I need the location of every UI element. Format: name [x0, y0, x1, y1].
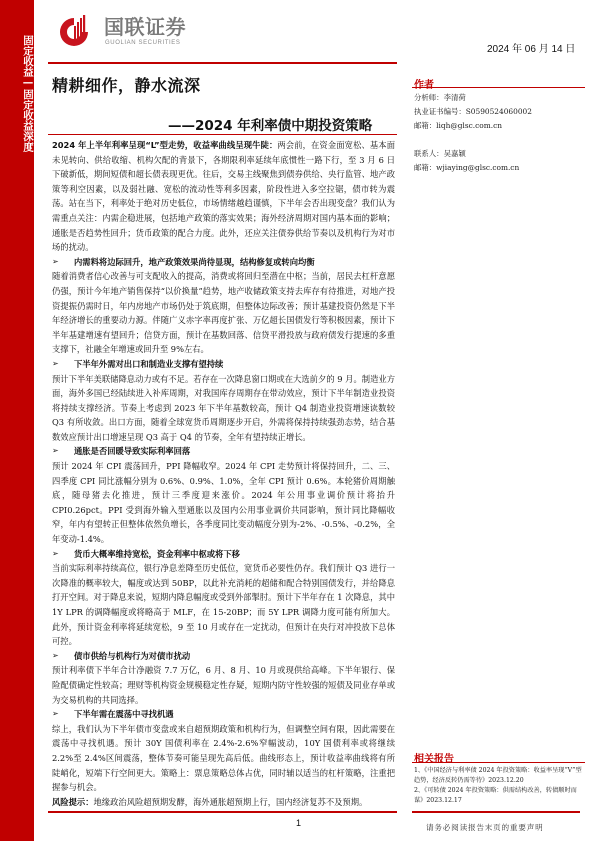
section-text: 随着消费者信心改善与可支配收入的提高，消费或将回归至潜在中枢；当前，居民去杠杆意…: [52, 269, 395, 357]
section-heading: ➢ 下半年需在震荡中寻找机遇: [52, 707, 395, 722]
right-footer-divider: [412, 811, 580, 813]
title-divider: [48, 134, 397, 135]
risk-text: 地缘政治风险超预期发酵，海外通胀超预期上行，国内经济复苏不及预期。: [94, 797, 368, 807]
risk-warning: 风险提示：地缘政治风险超预期发酵，海外通胀超预期上行，国内经济复苏不及预期。: [52, 795, 395, 810]
related-report-item[interactable]: 2、《可转债 2024 年投资策略：供需结构改善，转债顺时而谋》2023.12.…: [414, 786, 584, 806]
section-heading: ➢ 下半年外需对出口和制造业支撑有望持续: [52, 357, 395, 372]
report-subtitle: ——2024 年利率债中期投资策略: [168, 114, 372, 134]
arrow-bullet-icon: ➢: [52, 707, 74, 722]
guolian-logo-icon: [56, 14, 92, 50]
arrow-bullet-icon: ➢: [52, 357, 74, 372]
footer-divider: [48, 811, 397, 813]
section-heading: ➢ 通胀是否回暖导致实际利率回落: [52, 444, 395, 459]
intro-text: 两会前，在资金面宽松、基本面未见转向、供给收缩、机构欠配的背景下，各期限利率延续…: [52, 140, 395, 252]
logo-name-cn: 国联证券: [104, 15, 186, 39]
analyst-name: 分析师：李清荷: [414, 92, 466, 103]
page-number: 1: [296, 818, 301, 828]
related-divider: [412, 762, 585, 763]
intro-lead: 2024 年上半年利率呈现“L”型走势，收益率曲线呈现牛陡：: [52, 140, 277, 150]
license-number: 执业证书编号：S0590524060002: [414, 106, 532, 117]
intro-paragraph: 2024 年上半年利率呈现“L”型走势，收益率曲线呈现牛陡：两会前，在资金面宽松…: [52, 138, 395, 255]
section-text: 预计 2024 年 CPI 震荡回升，PPI 降幅收窄。2024 年 CPI 走…: [52, 459, 395, 547]
report-title: 精耕细作，静水流深: [52, 73, 201, 96]
contact-name: 联系人：吴嘉颖: [414, 148, 466, 159]
author-heading: 作者: [414, 76, 434, 91]
related-reports-list: 1、《中国经济与利率债 2024 年投资策略：收益率呈现“V”型趋势，经济反转仍…: [414, 766, 584, 806]
section-heading: ➢ 内需料将边际回升，地产政策效果尚待显现，结构修复或转向均衡: [52, 255, 395, 270]
section-text: 综上，我们认为下半年债市变盘或来自超预期政策和机构行为，但调整空间有限，因此需要…: [52, 722, 395, 795]
section-heading: ➢ 债市供给与机构行为对债市扰动: [52, 649, 395, 664]
report-body: 2024 年上半年利率呈现“L”型走势，收益率曲线呈现牛陡：两会前，在资金面宽松…: [52, 138, 395, 809]
arrow-bullet-icon: ➢: [52, 649, 74, 664]
company-logo: 国联证券 GUOLIAN SECURITIES: [56, 12, 216, 52]
analyst-email[interactable]: 邮箱：liqh@glsc.com.cn: [414, 120, 502, 131]
contact-email[interactable]: 邮箱：wjiaying@glsc.com.cn: [414, 162, 519, 173]
category-label: 固定收益—固定收益深度: [0, 35, 34, 152]
logo-name-en: GUOLIAN SECURITIES: [105, 40, 180, 46]
section-text: 预计利率债下半年合计净融资 7.7 万亿，6 月、8 月、10 月或现供给高峰。…: [52, 663, 395, 707]
header-divider: [48, 62, 397, 64]
section-heading: ➢ 货币大概率维持宽松，资金利率中枢或将下移: [52, 547, 395, 562]
category-sidebar: 固定收益—固定收益深度: [0, 0, 34, 841]
section-text: 当前实际利率持续高位，银行净息差降至历史低位，宽货币必要性仍存。我们预计 Q3 …: [52, 561, 395, 649]
disclaimer: 请务必阅读报告末页的重要声明: [426, 822, 544, 833]
related-report-item[interactable]: 1、《中国经济与利率债 2024 年投资策略：收益率呈现“V”型趋势，经济反转仍…: [414, 766, 584, 786]
arrow-bullet-icon: ➢: [52, 444, 74, 459]
report-date: 2024 年 06 月 14 日: [487, 40, 575, 55]
author-divider: [412, 87, 585, 88]
section-text: 预计下半年美联储降息动力或有不足。若存在一次降息窗口期或在大选前夕的 9 月。制…: [52, 372, 395, 445]
arrow-bullet-icon: ➢: [52, 547, 74, 562]
risk-lead: 风险提示：: [52, 797, 94, 807]
arrow-bullet-icon: ➢: [52, 255, 74, 270]
